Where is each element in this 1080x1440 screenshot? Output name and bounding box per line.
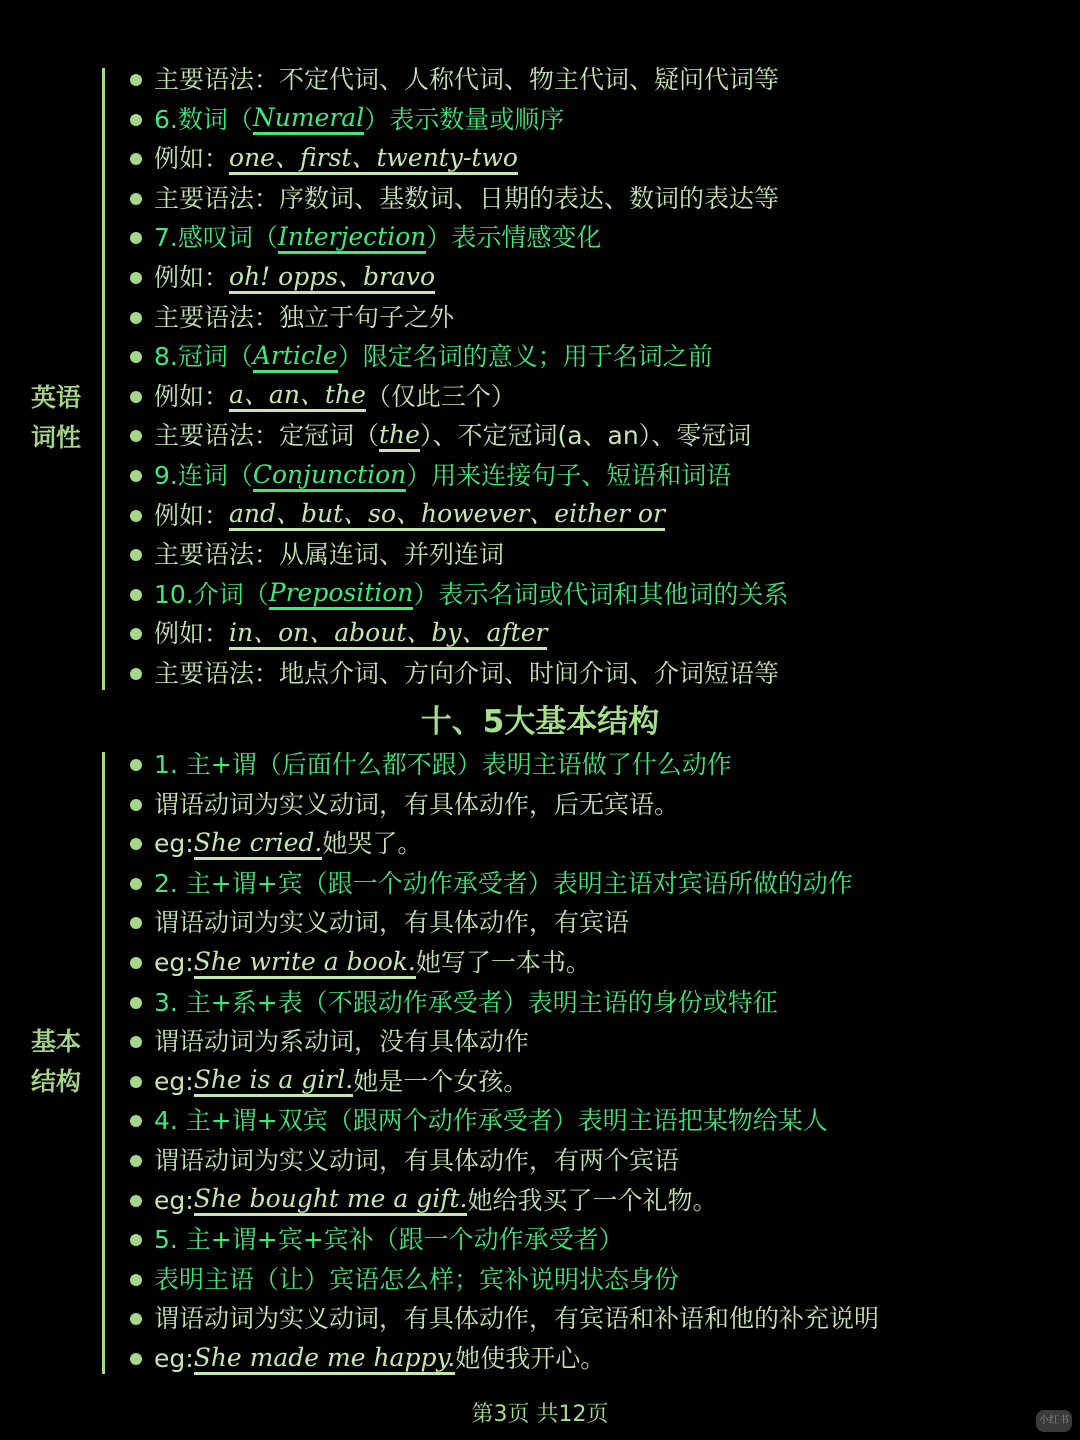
bullet-icon (130, 589, 142, 601)
bullet-icon (130, 759, 142, 771)
item-text-pre: 例如： (154, 258, 229, 298)
item-text-pre: 9.连词（ (154, 456, 253, 496)
label-line: 词性 (28, 418, 84, 458)
list-item: 7.感叹词（Interjection）表示情感变化 (130, 218, 601, 258)
item-text-post: ）限定名词的意义；用于名词之前 (338, 337, 713, 377)
item-text-pre: eg: (154, 943, 194, 983)
bullet-icon (130, 878, 142, 890)
item-text-post: ）用来连接句子、短语和词语 (406, 456, 731, 496)
list-item: 例如：one、first、twenty-two (130, 139, 518, 179)
list-item: 例如：in、on、about、by、after (130, 614, 547, 654)
item-text-pre: 谓语动词为实义动词，有具体动作，有宾语 (154, 903, 629, 943)
list-item: 表明主语（让）宾语怎么样；宾补说明状态身份 (130, 1260, 679, 1300)
bullet-icon (130, 1195, 142, 1207)
bullet-icon (130, 312, 142, 324)
item-english-example: oh! opps、bravo (229, 263, 435, 294)
item-text-post: 她写了一本书。 (416, 943, 591, 983)
list-item: 主要语法：不定代词、人称代词、物主代词、疑问代词等 (130, 60, 779, 100)
bullet-icon (130, 957, 142, 969)
item-text-pre: 主要语法：地点介词、方向介词、时间介词、介词短语等 (154, 654, 779, 694)
item-text-post: 她使我开心。 (455, 1339, 605, 1379)
list-item: 主要语法：独立于句子之外 (130, 298, 454, 338)
item-text-pre: 谓语动词为系动词，没有具体动作 (154, 1022, 529, 1062)
list-item: 2. 主+谓+宾（跟一个动作承受者）表明主语对宾语所做的动作 (130, 864, 853, 904)
item-text-pre: 主要语法：从属连词、并列连词 (154, 535, 504, 575)
item-english-example: She bought me a gift. (194, 1185, 468, 1216)
item-text-pre: eg: (154, 1339, 194, 1379)
item-text-pre: 谓语动词为实义动词，有具体动作，有宾语和补语和他的补充说明 (154, 1299, 879, 1339)
bullet-icon (130, 799, 142, 811)
list-item: 主要语法：地点介词、方向介词、时间介词、介词短语等 (130, 654, 779, 694)
item-text-post: （仅此三个） (366, 377, 516, 417)
item-text-pre: 例如： (154, 496, 229, 536)
item-english-example: She write a book. (194, 948, 416, 979)
section-divider-line (102, 68, 105, 690)
section-divider-line (102, 752, 105, 1374)
item-text-pre: 例如： (154, 377, 229, 417)
item-text-pre: 8.冠词（ (154, 337, 253, 377)
item-text-post: 她哭了。 (322, 824, 422, 864)
list-item: 谓语动词为实义动词，有具体动作，有宾语和补语和他的补充说明 (130, 1299, 879, 1339)
item-text-pre: 主要语法：不定代词、人称代词、物主代词、疑问代词等 (154, 60, 779, 100)
item-text-pre: 3. 主+系+表（不跟动作承受者）表明主语的身份或特征 (154, 983, 778, 1023)
item-text-pre: 谓语动词为实义动词，有具体动作，有两个宾语 (154, 1141, 679, 1181)
bullet-icon (130, 1115, 142, 1127)
list-item: 10.介词（Preposition）表示名词或代词和其他词的关系 (130, 575, 788, 615)
item-text-pre: 10.介词（ (154, 575, 269, 615)
bullet-icon (130, 997, 142, 1009)
item-text-pre: 表明主语（让）宾语怎么样；宾补说明状态身份 (154, 1260, 679, 1300)
list-item: eg:She made me happy.她使我开心。 (130, 1339, 605, 1379)
item-english-example: the (379, 421, 420, 452)
bullet-icon (130, 1313, 142, 1325)
item-text-pre: eg: (154, 824, 194, 864)
item-english-example: Preposition (269, 579, 414, 610)
list-item: 谓语动词为系动词，没有具体动作 (130, 1022, 529, 1062)
list-item: 谓语动词为实义动词，有具体动作，有两个宾语 (130, 1141, 679, 1181)
bullet-icon (130, 549, 142, 561)
list-item: eg:She write a book.她写了一本书。 (130, 943, 591, 983)
page-indicator: 第3页 共12页 (0, 1398, 1080, 1432)
bullet-icon (130, 470, 142, 482)
item-text-pre: 谓语动词为实义动词，有具体动作，后无宾语。 (154, 785, 679, 825)
item-english-example: in、on、about、by、after (229, 619, 547, 650)
item-english-example: one、first、twenty-two (229, 144, 518, 175)
item-text-pre: 1. 主+谓（后面什么都不跟）表明主语做了什么动作 (154, 745, 732, 785)
bullet-icon (130, 917, 142, 929)
list-item: 4. 主+谓+双宾（跟两个动作承受者）表明主语把某物给某人 (130, 1101, 828, 1141)
item-text-post: ）表示数量或顺序 (364, 100, 564, 140)
item-english-example: She made me happy. (194, 1344, 456, 1375)
bullet-icon (130, 1234, 142, 1246)
list-item: 谓语动词为实义动词，有具体动作，有宾语 (130, 903, 629, 943)
list-item: 1. 主+谓（后面什么都不跟）表明主语做了什么动作 (130, 745, 732, 785)
bullet-icon (130, 838, 142, 850)
list-item: 5. 主+谓+宾+宾补（跟一个动作承受者） (130, 1220, 624, 1260)
bullet-icon (130, 114, 142, 126)
item-text-post: 她是一个女孩。 (353, 1062, 528, 1102)
bullet-icon (130, 430, 142, 442)
bullet-icon (130, 1274, 142, 1286)
list-item: 主要语法：定冠词（the）、不定冠词(a、an）、零冠词 (130, 416, 751, 456)
bullet-icon (130, 391, 142, 403)
item-english-example: Conjunction (253, 461, 406, 492)
item-text-pre: 6.数词（ (154, 100, 253, 140)
bullet-icon (130, 153, 142, 165)
bullet-icon (130, 351, 142, 363)
label-line: 基本 (28, 1022, 84, 1062)
list-item: 主要语法：序数词、基数词、日期的表达、数词的表达等 (130, 179, 779, 219)
bullet-icon (130, 628, 142, 640)
item-text-pre: 7.感叹词（ (154, 218, 278, 258)
bullet-icon (130, 1036, 142, 1048)
item-text-pre: eg: (154, 1062, 194, 1102)
list-item: eg:She is a girl.她是一个女孩。 (130, 1062, 528, 1102)
list-item: 例如：a、an、the（仅此三个） (130, 377, 516, 417)
item-text-pre: 2. 主+谓+宾（跟一个动作承受者）表明主语对宾语所做的动作 (154, 864, 853, 904)
list-item: eg:She cried.她哭了。 (130, 824, 422, 864)
list-item: 3. 主+系+表（不跟动作承受者）表明主语的身份或特征 (130, 983, 778, 1023)
section-label: 基本 结构 (28, 1022, 84, 1102)
bullet-icon (130, 193, 142, 205)
item-english-example: and、but、so、however、either or (229, 500, 665, 531)
list-item: 例如：and、but、so、however、either or (130, 496, 665, 536)
bullet-icon (130, 232, 142, 244)
item-text-pre: 4. 主+谓+双宾（跟两个动作承受者）表明主语把某物给某人 (154, 1101, 828, 1141)
list-item: 6.数词（Numeral）表示数量或顺序 (130, 100, 564, 140)
bullet-icon (130, 1155, 142, 1167)
bullet-icon (130, 1076, 142, 1088)
item-text-pre: eg: (154, 1181, 194, 1221)
bullet-icon (130, 272, 142, 284)
list-item: 9.连词（Conjunction）用来连接句子、短语和词语 (130, 456, 731, 496)
section-label: 英语 词性 (28, 378, 84, 458)
item-english-example: Article (253, 342, 338, 373)
item-english-example: Numeral (253, 104, 364, 135)
item-text-post: ）、不定冠词(a、an）、零冠词 (420, 416, 751, 456)
item-text-post: 她给我买了一个礼物。 (467, 1181, 717, 1221)
bullet-icon (130, 74, 142, 86)
watermark-badge: 小红书 (1036, 1410, 1072, 1432)
item-english-example: She is a girl. (194, 1066, 354, 1097)
item-english-example: She cried. (194, 829, 323, 860)
list-item: 例如：oh! opps、bravo (130, 258, 435, 298)
item-english-example: Interjection (278, 223, 427, 254)
list-item: 主要语法：从属连词、并列连词 (130, 535, 504, 575)
label-line: 结构 (28, 1062, 84, 1102)
list-item: 8.冠词（Article）限定名词的意义；用于名词之前 (130, 337, 713, 377)
item-text-pre: 主要语法：定冠词（ (154, 416, 379, 456)
item-text-pre: 主要语法：独立于句子之外 (154, 298, 454, 338)
item-text-pre: 主要语法：序数词、基数词、日期的表达、数词的表达等 (154, 179, 779, 219)
item-text-pre: 5. 主+谓+宾+宾补（跟一个动作承受者） (154, 1220, 624, 1260)
bullet-icon (130, 1353, 142, 1365)
label-line: 英语 (28, 378, 84, 418)
item-text-pre: 例如： (154, 139, 229, 179)
bullet-icon (130, 510, 142, 522)
section-heading: 十、5大基本结构 (0, 700, 1080, 744)
item-text-post: ）表示名词或代词和其他词的关系 (413, 575, 788, 615)
list-item: eg:She bought me a gift.她给我买了一个礼物。 (130, 1181, 717, 1221)
bullet-icon (130, 668, 142, 680)
item-text-pre: 例如： (154, 614, 229, 654)
item-text-post: ）表示情感变化 (426, 218, 601, 258)
list-item: 谓语动词为实义动词，有具体动作，后无宾语。 (130, 785, 679, 825)
item-english-example: a、an、the (229, 381, 366, 412)
